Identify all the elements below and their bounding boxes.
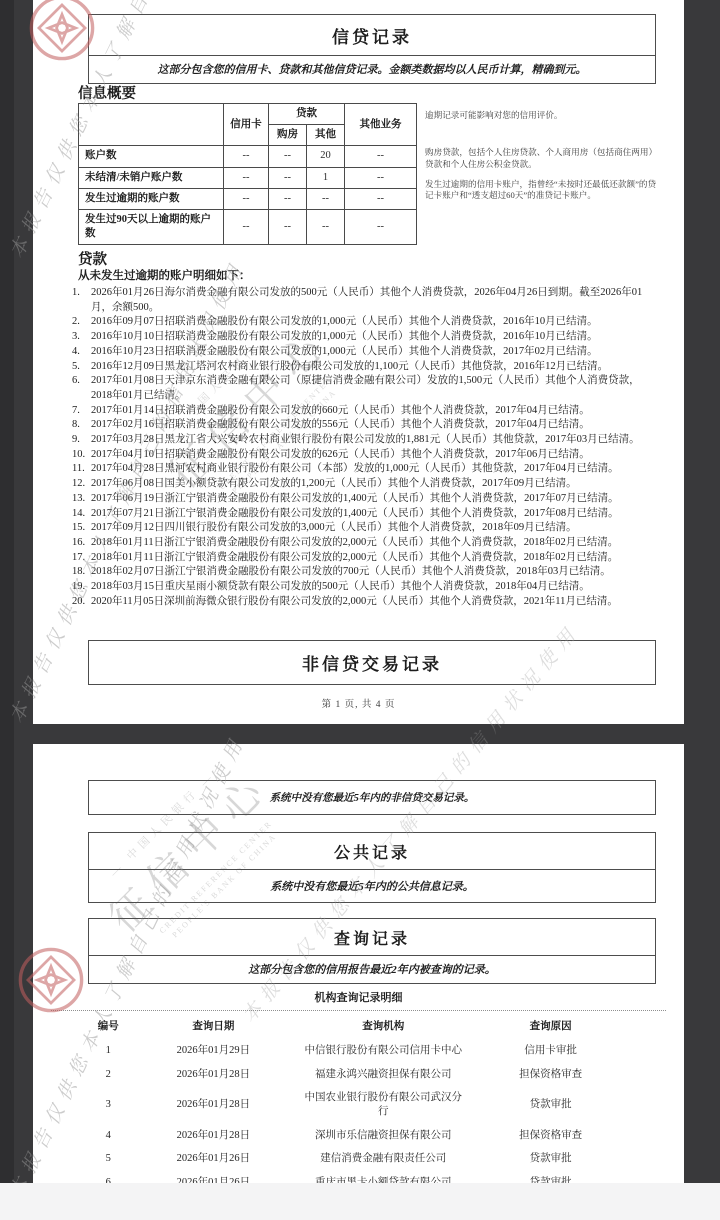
summary-credit-card-value: -- (224, 188, 269, 209)
query-row-reason: 信用卡审批 (478, 1039, 623, 1063)
summary-credit-card-value: -- (224, 167, 269, 188)
query-records-section-box: 查询记录 这部分包含您的信用报告最近2年内被查询的记录。 (88, 918, 656, 984)
summary-other-business-value: -- (345, 146, 417, 167)
noncredit-empty-box: 系统中没有您最近5年内的非信贷交易记录。 (88, 780, 656, 815)
loan-list-item: 2017年02月16日招联消费金融股份有限公司发放的556元（人民币）其他个人消… (72, 418, 647, 433)
summary-col-other-business: 其他业务 (345, 104, 417, 146)
loan-list-item: 2017年09月12日四川银行股份有限公司发放的3,000元（人民币）其他个人消… (72, 521, 647, 536)
public-records-title: 公共记录 (89, 833, 655, 870)
summary-heading: 信息概要 (78, 82, 136, 103)
summary-col-loan-house: 购房 (269, 125, 307, 146)
loan-list-item: 2017年06月08日国美小额贷款有限公司发放的1,200元（人民币）其他个人消… (72, 477, 647, 492)
page-number-footer: 第 1 页, 共 4 页 (33, 696, 684, 710)
query-col-date: 查询日期 (138, 1014, 288, 1039)
query-table-head: 编号 查询日期 查询机构 查询原因 (78, 1014, 623, 1039)
summary-col-loan-other: 其他 (307, 125, 345, 146)
query-col-org: 查询机构 (288, 1014, 478, 1039)
query-row-org: 福建永鸿兴融资担保有限公司 (302, 1068, 465, 1082)
side-note: 发生过逾期的信用卡账户，指曾经“未按时还最低还款额”的贷记卡账户和“透支超过60… (425, 179, 660, 202)
loan-list-item: 2018年02月07日浙江宁银消费金融股份有限公司发放的700元（人民币）其他个… (72, 565, 647, 580)
public-records-subtitle: 系统中没有您最近5年内的公共信息记录。 (89, 870, 655, 902)
credit-records-title: 信贷记录 (89, 15, 655, 56)
summary-side-notes: 逾期记录可能影响对您的信用评价。 购房贷款，包括个人住房贷款、个人商用房（包括商… (425, 110, 660, 202)
query-row-date: 2026年01月29日 (138, 1039, 288, 1063)
summary-col-loan: 贷款 (269, 104, 345, 125)
summary-other-business-value: -- (345, 209, 417, 244)
query-row-date: 2026年01月28日 (138, 1124, 288, 1148)
loan-list-item: 2017年03月28日黑龙江省大兴安岭农村商业银行股份有限公司发放的1,881元… (72, 433, 647, 448)
summary-row-label: 发生过90天以上逾期的账户数 (79, 209, 224, 244)
summary-loan-house-value: -- (269, 209, 307, 244)
query-table-row: 4 2026年01月28日 深圳市乐信融资担保有限公司 担保资格审查 (78, 1124, 623, 1148)
loan-list-item: 2018年01月11日浙江宁银消费金融股份有限公司发放的2,000元（人民币）其… (72, 536, 647, 551)
summary-table-row: 发生过90天以上逾期的账户数 -- -- -- -- (79, 209, 417, 244)
query-row-no: 3 (78, 1086, 138, 1123)
query-detail-heading: 机构查询记录明细 (33, 989, 684, 1005)
query-row-no: 1 (78, 1039, 138, 1063)
summary-credit-card-value: -- (224, 146, 269, 167)
query-row-date: 2026年01月28日 (138, 1063, 288, 1087)
query-row-reason: 贷款审批 (478, 1147, 623, 1171)
query-row-date: 2026年01月26日 (138, 1147, 288, 1171)
summary-table-row: 账户数 -- -- 20 -- (79, 146, 417, 167)
summary-row-label: 账户数 (79, 146, 224, 167)
query-row-no: 2 (78, 1063, 138, 1087)
loan-list-item: 2016年10月10日招联消费金融股份有限公司发放的1,000元（人民币）其他个… (72, 330, 647, 345)
loan-list-item: 2017年06月19日浙江宁银消费金融股份有限公司发放的1,400元（人民币）其… (72, 492, 647, 507)
noncredit-section-title: 非信贷交易记录 (89, 641, 655, 684)
query-row-org: 深圳市乐信融资担保有限公司 (302, 1129, 465, 1143)
query-row-no: 4 (78, 1124, 138, 1148)
loan-list-item: 2016年09月07日招联消费金融股份有限公司发放的1,000元（人民币）其他个… (72, 315, 647, 330)
query-col-no: 编号 (78, 1014, 138, 1039)
summary-loan-other-value: 1 (307, 167, 345, 188)
loan-list-item: 2018年01月11日浙江宁银消费金融股份有限公司发放的2,000元（人民币）其… (72, 551, 647, 566)
query-row-no: 5 (78, 1147, 138, 1171)
loans-heading: 贷款 (78, 248, 107, 269)
summary-table-head: 信用卡 贷款 其他业务 购房 其他 (79, 104, 417, 146)
query-records-title: 查询记录 (89, 919, 655, 956)
query-table-row: 5 2026年01月26日 建信消费金融有限责任公司 贷款审批 (78, 1147, 623, 1171)
report-page-1: — 中国人民银行 — 征信中心 CREDIT REFERENCE CENTER … (33, 0, 684, 724)
query-row-org-cell: 深圳市乐信融资担保有限公司 (288, 1124, 478, 1148)
credit-records-subtitle: 这部分包含您的信用卡、贷款和其他信贷记录。金额类数据均以人民币计算，精确到元。 (89, 56, 655, 83)
viewer-bottom-bar (0, 1183, 720, 1220)
loan-list-item: 2026年01月26日海尔消费金融有限公司发放的500元（人民币）其他个人消费贷… (72, 286, 647, 315)
summary-loan-other-value: -- (307, 188, 345, 209)
summary-table: 信用卡 贷款 其他业务 购房 其他 账户数 -- -- 20 - (78, 103, 417, 245)
summary-loan-house-value: -- (269, 167, 307, 188)
loan-list-item: 2017年07月21日浙江宁银消费金融股份有限公司发放的1,400元（人民币）其… (72, 507, 647, 522)
loan-list-item: 2017年01月14日招联消费金融股份有限公司发放的660元（人民币）其他个人消… (72, 404, 647, 419)
summary-table-body: 账户数 -- -- 20 -- 未结清/未销户账户数 -- -- 1 -- (79, 146, 417, 245)
query-row-date: 2026年01月28日 (138, 1086, 288, 1123)
viewer-edge-shade (0, 0, 14, 1220)
query-row-reason: 担保资格审查 (478, 1124, 623, 1148)
dotted-divider (51, 1010, 666, 1011)
loan-list-item: 2017年01月08日天津京东消费金融有限公司（原捷信消费金融有限公司）发放的1… (72, 374, 647, 403)
summary-loan-house-value: -- (269, 188, 307, 209)
query-row-org: 中信银行股份有限公司信用卡中心 (302, 1044, 465, 1058)
summary-table-row: 未结清/未销户账户数 -- -- 1 -- (79, 167, 417, 188)
query-row-org-cell: 建信消费金融有限责任公司 (288, 1147, 478, 1171)
summary-other-business-value: -- (345, 188, 417, 209)
public-records-section-box: 公共记录 系统中没有您最近5年内的公共信息记录。 (88, 832, 656, 903)
document-viewer[interactable]: — 中国人民银行 — 征信中心 CREDIT REFERENCE CENTER … (0, 0, 720, 1220)
summary-loan-house-value: -- (269, 146, 307, 167)
loan-list-item: 2017年04月28日黑河农村商业银行股份有限公司（本部）发放的1,000元（人… (72, 462, 647, 477)
noncredit-section-box: 非信贷交易记录 (88, 640, 656, 685)
summary-table-row: 发生过逾期的账户数 -- -- -- -- (79, 188, 417, 209)
query-table-row: 2 2026年01月28日 福建永鸿兴融资担保有限公司 担保资格审查 (78, 1063, 623, 1087)
summary-row-label: 发生过逾期的账户数 (79, 188, 224, 209)
noncredit-empty-text: 系统中没有您最近5年内的非信贷交易记录。 (89, 781, 655, 814)
query-row-reason: 贷款审批 (478, 1086, 623, 1123)
loan-list-item: 2016年12月09日黑龙江塔河农村商业银行股份有限公司发放的1,100元（人民… (72, 360, 647, 375)
loan-list-item: 2018年03月15日重庆星雨小额贷款有限公司发放的500元（人民币）其他个人消… (72, 580, 647, 595)
summary-loan-other-value: -- (307, 209, 345, 244)
loan-list: 2026年01月26日海尔消费金融有限公司发放的500元（人民币）其他个人消费贷… (72, 286, 647, 609)
query-table-row: 1 2026年01月29日 中信银行股份有限公司信用卡中心 信用卡审批 (78, 1039, 623, 1063)
query-row-org: 建信消费金融有限责任公司 (302, 1152, 465, 1166)
side-note: 逾期记录可能影响对您的信用评价。 (425, 110, 660, 121)
summary-loan-other-value: 20 (307, 146, 345, 167)
loan-list-item: 2017年04月10日招联消费金融股份有限公司发放的626元（人民币）其他个人消… (72, 448, 647, 463)
report-page-2: — 中国人民银行 — 征信中心 CREDIT REFERENCE CENTER … (33, 744, 684, 1183)
query-row-org-cell: 福建永鸿兴融资担保有限公司 (288, 1063, 478, 1087)
summary-other-business-value: -- (345, 167, 417, 188)
loan-list-item: 2020年11月05日深圳前海微众银行股份有限公司发放的2,000元（人民币）其… (72, 595, 647, 610)
loans-intro: 从未发生过逾期的账户明细如下： (78, 267, 251, 283)
query-records-subtitle: 这部分包含您的信用报告最近2年内被查询的记录。 (89, 956, 655, 983)
query-row-org-cell: 中国农业银行股份有限公司武汉分行 (288, 1086, 478, 1123)
summary-row-label: 未结清/未销户账户数 (79, 167, 224, 188)
summary-credit-card-value: -- (224, 209, 269, 244)
query-table-row: 3 2026年01月28日 中国农业银行股份有限公司武汉分行 贷款审批 (78, 1086, 623, 1123)
side-note: 购房贷款，包括个人住房贷款、个人商用房（包括商住两用）贷款和个人住房公积金贷款。 (425, 147, 660, 170)
query-row-org-cell: 中信银行股份有限公司信用卡中心 (288, 1039, 478, 1063)
credit-records-section-box: 信贷记录 这部分包含您的信用卡、贷款和其他信贷记录。金额类数据均以人民币计算，精… (88, 14, 656, 84)
query-row-org: 中国农业银行股份有限公司武汉分行 (302, 1091, 465, 1118)
summary-corner-cell (79, 104, 224, 146)
loan-list-item: 2016年10月23日招联消费金融股份有限公司发放的1,000元（人民币）其他个… (72, 345, 647, 360)
query-row-reason: 担保资格审查 (478, 1063, 623, 1087)
summary-col-credit-card: 信用卡 (224, 104, 269, 146)
query-col-reason: 查询原因 (478, 1014, 623, 1039)
